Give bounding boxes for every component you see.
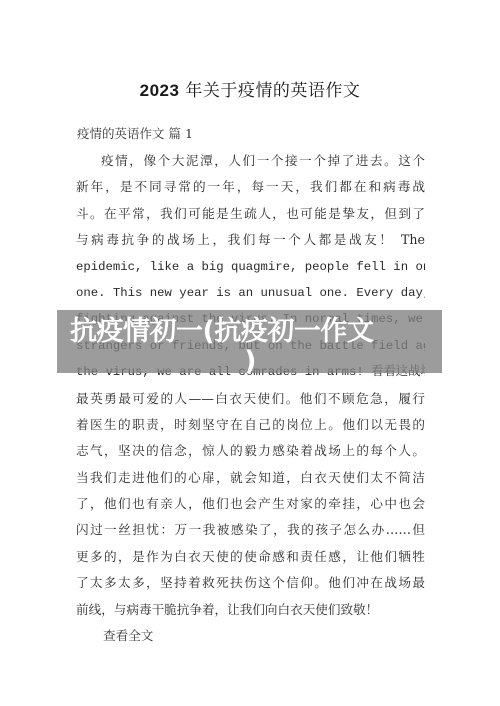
- essay-subtitle: 疫情的英语作文 篇 1: [77, 124, 193, 142]
- essay-line: 斗。在平常，我们可能是生疏人，也可能是挚友，但到了: [76, 201, 425, 227]
- overlay-title-line1: 抗疫情初一(抗疫初一作文: [70, 316, 373, 347]
- title-text: 年关于疫情的英语作文: [179, 81, 360, 101]
- essay-line: epidemic, like a big quagmire, people fe…: [76, 254, 425, 280]
- overlay-title-line2: ): [70, 347, 430, 377]
- essay-body: 疫情，像个大泥潭，人们一个接一个掉了进去。这个 新年，是不同寻常的一年，每一天，…: [76, 148, 425, 623]
- essay-line: 前线，与病毒干脆抗争着，让我们向白衣天使们致敬！: [76, 597, 425, 623]
- essay-line: 新年，是不同寻常的一年，每一天，我们都在和病毒战: [76, 174, 425, 200]
- essay-line: 了，他们也有亲人，他们也会产生对家的牵挂，心中也会: [76, 491, 425, 517]
- essay-line: 疫情，像个大泥潭，人们一个接一个掉了进去。这个: [76, 148, 425, 174]
- document-title: 2023 年关于疫情的英语作文: [0, 76, 500, 101]
- essay-line: 与病毒抗争的战场上，我们每一个人都是战友！ The: [76, 227, 425, 253]
- essay-line: 最英勇最可爱的人——白衣天使们。他们不顾危急，履行: [76, 386, 425, 412]
- essay-line: 着医生的职责，时刻坚守在自己的岗位上。他们以无畏的: [76, 412, 425, 438]
- essay-line: 了太多太多，坚持着救死扶伤这个信仰。他们冲在战场最: [76, 570, 425, 596]
- essay-line: 当我们走进他们的心扉，就会知道，白衣天使们太不简洁: [76, 465, 425, 491]
- essay-line: 更多的，是作为白衣天使的使命感和责任感，让他们牺牲: [76, 544, 425, 570]
- overlay-title: 抗疫情初一(抗疫初一作文 ): [70, 317, 430, 377]
- view-full-text-link[interactable]: 查看全文: [103, 625, 153, 644]
- essay-line: 闪过一丝担忧：万一我被感染了，我的孩子怎么办……但: [76, 517, 425, 543]
- essay-line: one. This new year is an unusual one. Ev…: [76, 280, 425, 306]
- title-year: 2023: [140, 81, 180, 100]
- essay-line: 志气，坚决的信念，惊人的毅力感染着战场上的每个人。: [76, 438, 425, 464]
